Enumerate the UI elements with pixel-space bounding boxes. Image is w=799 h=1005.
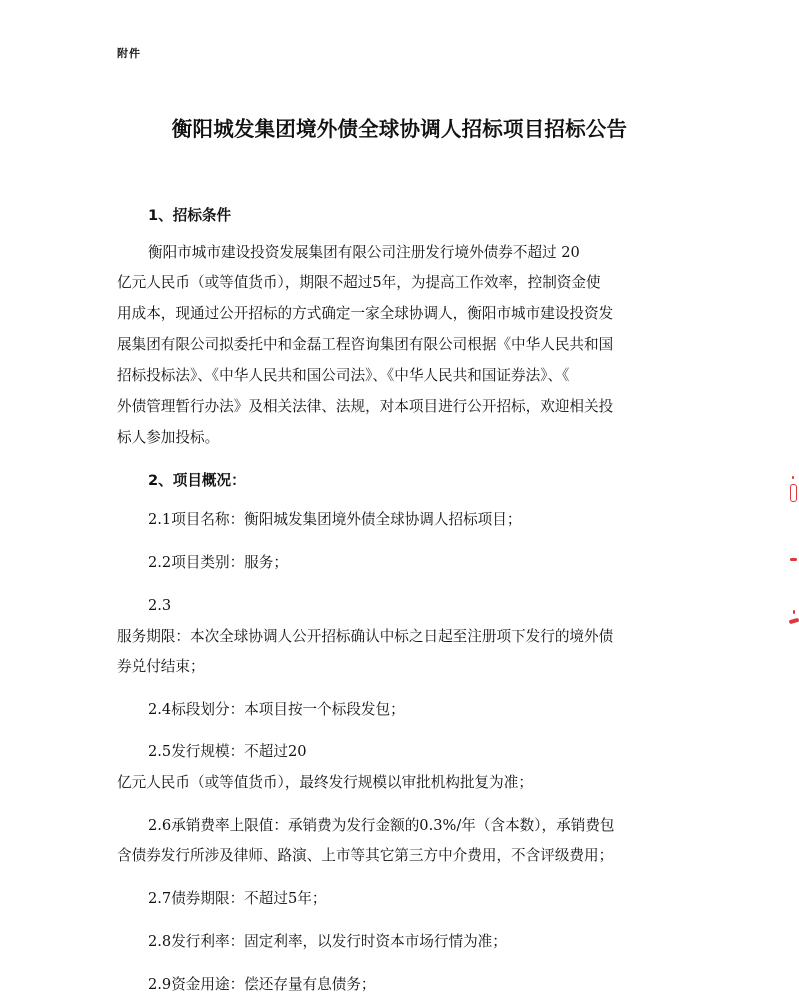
item-2-5-line-2: 亿元人民币（或等值货币），最终发行规模以审批机构批复为准； — [117, 773, 533, 793]
section-1-heading: 1、招标条件 — [148, 206, 231, 226]
seal-mark-icon — [792, 476, 794, 479]
item-2-3-line-2: 券兑付结束； — [117, 657, 205, 677]
seal-mark-icon — [790, 558, 797, 561]
paragraph-line: 亿元人民币（或等值货币），期限不超过5年，为提高工作效率，控制资金使 — [117, 273, 601, 293]
item-2-1: 2.1项目名称：衡阳城发集团境外债全球协调人招标项目； — [148, 510, 521, 530]
item-2-5-line-1: 2.5发行规模：不超过20 — [148, 742, 307, 762]
paragraph-line: 展集团有限公司拟委托中和金磊工程咨询集团有限公司根据《中华人民共和国 — [117, 335, 613, 355]
paragraph-line: 用成本，现通过公开招标的方式确定一家全球协调人，衡阳市城市建设投资发 — [117, 304, 613, 324]
seal-mark-icon — [789, 618, 799, 624]
paragraph-line: 标人参加投标。 — [117, 428, 219, 448]
item-2-7: 2.7债券期限：不超过5年； — [148, 889, 326, 909]
item-2-2: 2.2项目类别：服务； — [148, 553, 288, 573]
attachment-label: 附件 — [117, 45, 141, 61]
seal-mark-icon — [793, 610, 795, 614]
item-2-3-number: 2.3 — [148, 596, 171, 616]
seal-mark-icon — [790, 484, 797, 502]
page-title: 衡阳城发集团境外债全球协调人招标项目招标公告 — [0, 112, 799, 142]
document-page: 附件 衡阳城发集团境外债全球协调人招标项目招标公告 1、招标条件 衡阳市城市建设… — [0, 0, 799, 1005]
paragraph-line: 招标投标法》、《中华人民共和国公司法》、《中华人民共和国证券法》、《 — [117, 366, 569, 386]
section-2-heading: 2、项目概况： — [148, 471, 246, 491]
paragraph-line: 外债管理暂行办法》及相关法律、法规，对本项目进行公开招标，欢迎相关投 — [117, 397, 613, 417]
paragraph-line: 衡阳市城市建设投资发展集团有限公司注册发行境外债券不超过 20 — [148, 243, 580, 263]
item-2-9: 2.9资金用途：偿还存量有息债务； — [148, 975, 376, 995]
item-2-3-line-1: 服务期限：本次全球协调人公开招标确认中标之日起至注册项下发行的境外债 — [117, 627, 613, 647]
item-2-8: 2.8发行利率：固定利率，以发行时资本市场行情为准； — [148, 932, 507, 952]
item-2-4: 2.4标段划分：本项目按一个标段发包； — [148, 700, 405, 720]
item-2-6-line-2: 含债券发行所涉及律师、路演、上市等其它第三方中介费用，不含评级费用； — [117, 846, 613, 866]
item-2-6-line-1: 2.6承销费率上限值：承销费为发行金额的0.3%/年（含本数），承销费包 — [148, 816, 615, 836]
